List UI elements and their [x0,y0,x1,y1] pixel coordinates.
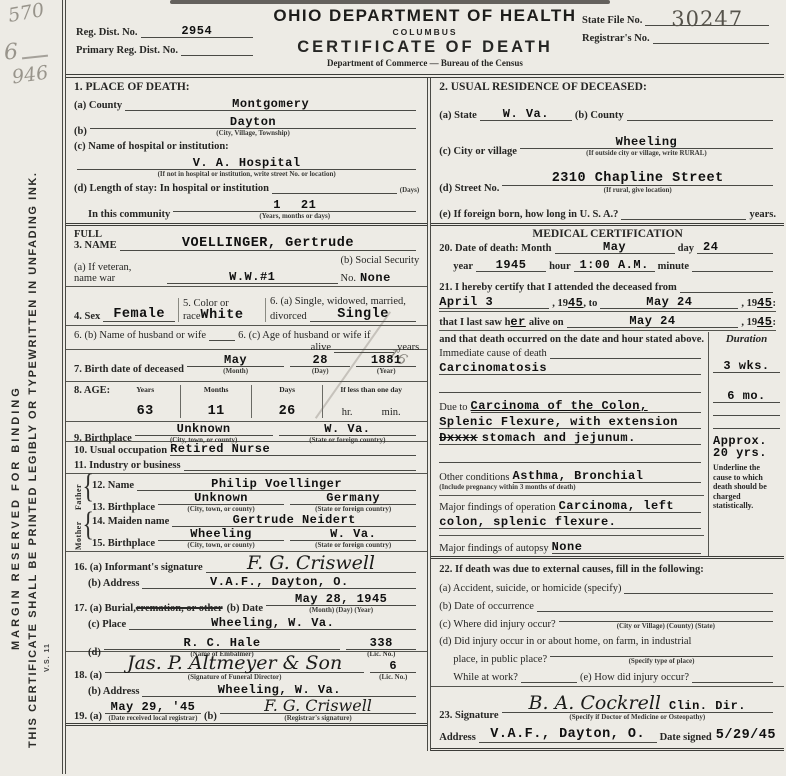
city-field: Dayton (City, Village, Township) [90,115,416,137]
due-to-field-1: Carcinoma of the Colon, [471,399,701,413]
colon-1: : [773,298,777,309]
birthplace-city-field: Unknown (City, town, or county) [135,422,273,444]
residence-heading: 2. USUAL RESIDENCE OF DECEASED: [439,81,776,93]
primary-reg-label: Primary Reg. Dist. No. [76,45,178,56]
while-at-work-label: While at work? [453,672,518,683]
attended-from-field: April 3 [439,295,549,309]
father-brace: { [82,472,93,502]
funeral-address-value: Wheeling, W. Va. [218,683,341,697]
birth-year-value: 1881 [371,353,402,367]
birth-day-value: 28 [313,353,328,367]
external-heading: 22. If death was due to external causes,… [439,564,776,575]
death-certificate-page: MARGIN RESERVED FOR BINDING THIS CERTIFI… [0,0,786,776]
reg-dist-value: 2954 [181,24,212,38]
ssn-no-label: No. [341,273,356,284]
birthplace-state-field: W. Va. (State or foreign country) [279,422,417,444]
burial-place-field: Wheeling, W. Va. [129,616,416,630]
mother-name-field: Gertrude Neidert [172,513,416,527]
physician-signature-field: B. A. Cockrell Clin. Dir. (Specify if Do… [502,695,773,721]
burial-date-value: May 28, 1945 [295,592,387,606]
colon-2: : [773,317,777,328]
county-field: Montgomery [125,97,416,111]
registrar-date-label: 19. (a) [74,711,102,722]
certify-label: 21. I hereby certify that I attended the… [439,282,677,293]
due-to-field-3: Dxxxx stomach and jejunum. [439,431,701,445]
external-d-label-2: place, in public place? [453,654,547,665]
burial-date-sublabel: (Month) (Day) (Year) [266,606,416,614]
age-years-cell: Years 63 [110,385,180,418]
registrar-date-field: May 29, '45 (Date received local registr… [105,700,201,722]
external-c-sublabel: (City or Village) (County) (State) [559,622,773,630]
mother-birthplace-state-field: W. Va. (State or foreign country) [290,527,416,549]
race-cell: 5. Color or raceWhite [178,298,266,323]
hospital-value: V. A. Hospital [193,156,301,170]
residence-county-field [627,109,773,121]
burial-struck-options: cremation, or other [136,603,223,614]
age-days-cell: Days 26 [251,385,322,418]
funeral-license-sublabel: (Lic. No.) [370,673,416,681]
alive-field [334,341,394,353]
death-minute-label: minute [658,261,690,272]
how-injury-label: (e) How did injury occur? [580,672,689,683]
margin-binding-text: MARGIN RESERVED FOR BINDING [10,385,22,650]
death-day-label: day [678,243,694,254]
full-label: FULL [74,229,117,240]
birth-month-sublabel: (Month) [187,367,284,375]
race-value: White [200,309,243,323]
age-days-header: Days [256,385,318,394]
operation-findings-label: Major findings of operation [439,502,555,513]
age-months-value: 11 [185,405,247,419]
death-hour-value: 1:00 A.M. [579,258,648,272]
registrar-sig-label: (b) [204,711,217,722]
spouse-age-label: 6. (c) Age of husband or wife if [238,330,370,341]
physician-address-label: Address [439,732,476,743]
duration-immediate-value: 3 wks. [723,359,769,373]
to-year-value: 45 [757,297,772,309]
burial-place-value: Wheeling, W. Va. [211,616,334,630]
age-less-header: If less than one day [327,385,415,394]
physician-address-value: V.A.F., Dayton, O. [490,727,645,742]
length-of-stay-label: (d) Length of stay: In hospital or insti… [74,183,269,194]
death-year-value: 1945 [496,258,527,272]
informant-address-value: V.A.F., Dayton, O. [210,575,349,589]
other-conditions-value: Asthma, Bronchial [513,469,644,483]
attended-to-field: May 24 [600,295,738,309]
mother-birthplace-city-field: Wheeling (City, town, or county) [158,527,284,549]
birth-date-label: 7. Birth date of deceased [74,364,184,375]
name-field: VOELLINGER, Gertrude [120,236,417,252]
certify-blank [680,281,773,293]
burial-date-field: May 28, 1945 (Month) (Day) (Year) [266,592,416,614]
marital-field: Single [310,307,416,323]
veteran-label-2: name war [74,273,164,284]
duration-other-value-2: 20 yrs. [713,447,780,459]
registrar-date-value: May 29, '45 [111,700,196,714]
residence-state-field: W. Va. [480,107,572,121]
mother-name-label: 14. Maiden name [92,516,169,527]
residence-street-field: 2310 Chapline Street (If rural, give loc… [502,171,773,195]
section-birthplace: 9. Birthplace Unknown (City, town, or co… [66,422,427,442]
death-hour-field: 1:00 A.M. [574,258,655,272]
race-label-1: 5. Color or [183,298,261,309]
external-c-field: (City or Village) (County) (State) [559,621,773,630]
father-name-value: Philip Voellinger [211,477,342,491]
father-birthplace-city: Unknown [194,491,248,505]
race-label-2: race [183,311,200,322]
due-to-value-1: Carcinoma of the Colon, [471,399,648,413]
form-header: OHIO DEPARTMENT OF HEALTH COLUMBUS CERTI… [66,0,784,78]
funeral-director-sublabel: (Signature of Funeral Director) [105,673,364,681]
name-label: 3. NAME [74,240,117,251]
state-file-label: State File No. [582,15,642,26]
medical-certification-heading: MEDICAL CERTIFICATION [431,226,784,240]
residence-state-label: (a) State [439,110,477,121]
county-value: Montgomery [232,97,309,111]
funeral-license-value: 6 [389,659,397,673]
hospital-label: (c) Name of hospital or institution: [74,141,419,152]
operation-findings-field-1: Carcinoma, left [559,499,701,513]
registrar-no-field [653,32,769,44]
residence-city-value: Wheeling [616,135,678,149]
death-year-label: year [453,261,473,272]
attended-from-value: April 3 [439,295,493,309]
community-days: 21 [301,198,316,212]
residence-street-sublabel: (If rural, give location) [502,186,773,194]
age-days-value: 26 [256,405,318,419]
autopsy-findings-label: Major findings of autopsy [439,543,548,554]
birth-year-sublabel: (Year) [356,367,416,375]
physician-signature-sublabel: (Specify if Doctor of Medicine or Osteop… [502,713,773,721]
registrar-sig-sublabel: (Registrar's signature) [220,714,416,722]
birthplace-label: 9. Birthplace [74,433,132,444]
informant-address-label: (b) Address [88,578,139,589]
due-to-struck-word: Dxxxx [439,431,478,445]
funeral-address-label: (b) Address [88,686,139,697]
reg-dist-label: Reg. Dist. No. [76,27,138,38]
underline-note: Underline the cause to which death shoul… [713,463,780,511]
year-prefix-2: , 19 [741,298,757,309]
ssn-value: None [360,272,391,284]
veteran-war-field: W.W.#1 [167,270,338,284]
father-birthplace-country-sub: (State or foreign country) [290,505,416,513]
section-registrar: 19. (a) May 29, '45 (Date received local… [66,696,427,726]
duration-due-value: 6 mo. [727,389,766,403]
city-sublabel: (City, Village, Township) [90,129,416,137]
length-of-stay-field [272,182,397,194]
burial-label: 17. (a) Burial, [74,603,136,614]
section-date-of-death: 20. Date of death: Month May day 24 year… [431,240,784,280]
section-burial: 17. (a) Burial, cremation, or other (b) … [66,589,427,652]
hospital-sublabel: (If not in hospital or institution, writ… [77,170,416,178]
right-column: 2. USUAL RESIDENCE OF DECEASED: (a) Stat… [431,78,784,751]
industry-field [184,459,417,471]
mother-birthplace-label: 15. Birthplace [92,538,155,549]
immediate-cause-field: Carcinomatosis [439,361,701,375]
place-heading: 1. PLACE OF DEATH: [74,81,419,93]
sex-field: Female [103,307,175,323]
mother-birthplace-state-sub: (State or foreign country) [290,541,416,549]
alive-label: alive [311,342,331,353]
due-to-value-2: Splenic Flexure, with extension [439,415,678,429]
due-to-field-2: Splenic Flexure, with extension [439,415,701,429]
physician-signature: B. A. Cockrell [529,692,661,714]
duration-immediate-field: 3 wks. [713,359,780,373]
mother-name-value: Gertrude Neidert [233,513,356,527]
how-injury-field [692,671,773,683]
section-industry: 11. Industry or business [66,459,427,474]
foreign-born-label: (e) If foreign born, how long in U. S. A… [439,209,618,220]
left-column: 1. PLACE OF DEATH: (a) County Montgomery… [66,78,431,751]
marital-value: Single [337,307,389,322]
residence-state-value: W. Va. [503,107,549,121]
veteran-war-value: W.W.#1 [229,270,275,284]
attended-to-value: May 24 [646,295,692,309]
county-label: (a) County [74,100,122,111]
birthplace-city-value: Unknown [177,422,231,436]
duration-due-field: 6 mo. [713,389,780,403]
city-line-label: (b) [74,126,87,137]
registrar-signature-field: F. G. Criswell (Registrar's signature) [220,699,416,722]
last-saw-field: May 24 [567,314,739,328]
external-a-field [624,582,773,594]
mother-birthplace-city-sub: (City, town, or county) [158,541,284,549]
ssn-label: (b) Social Security [341,255,420,266]
certificate-form: OHIO DEPARTMENT OF HEALTH COLUMBUS CERTI… [62,0,784,774]
embalmer-license-value: 338 [370,636,393,650]
section-age: 8. AGE: Years 63 Months 11 Days 26 If l [66,382,427,422]
physician-signature-label: 23. Signature [439,710,498,721]
residence-city-field: Wheeling (If outside city or village, wr… [520,135,773,157]
cause-blank-line-1 [439,381,701,393]
informant-signature-field: F. G. Criswell [206,555,417,573]
community-sublabel: (Years, months or days) [173,212,416,220]
age-years-header: Years [114,385,176,394]
marital-label-1: 6. (a) Single, widowed, married, [270,296,419,307]
father-birthplace-country-field: Germany (State or foreign country) [290,491,416,513]
embalmer-label: (d) [88,647,101,658]
section-causes: and that death occurred on the date and … [431,332,784,559]
external-d-field: (Specify type of place) [550,656,773,665]
reg-dist-field: 2954 [141,24,253,38]
section-residence: 2. USUAL RESIDENCE OF DECEASED: (a) Stat… [431,78,784,226]
autopsy-findings-field: None [552,540,701,554]
community-label: In this community [88,209,170,220]
section-place-of-death: 1. PLACE OF DEATH: (a) County Montgomery… [66,78,427,226]
causes-main: and that death occurred on the date and … [431,332,708,556]
mother-birthplace-city: Wheeling [190,527,252,541]
death-hour-label: hour [549,261,571,272]
death-day-value: 24 [703,240,718,254]
pencil-note-1: 570 [6,0,46,27]
death-day-field: 24 [697,240,773,254]
occupation-value: Retired Nurse [170,442,270,456]
duration-blank-1 [713,405,780,416]
birth-month-value: May [224,353,247,367]
immediate-cause-blank [550,347,701,359]
section-parents: Father Mother { { 12. Name Philip Voelli… [66,474,427,552]
occupation-label: 10. Usual occupation [74,445,167,456]
section-external-causes: 22. If death was due to external causes,… [431,559,784,687]
due-to-value-3: stomach and jejunum. [482,431,636,445]
to-label: , to [583,298,597,309]
section-name: FULL 3. NAME VOELLINGER, Gertrude (a) If… [66,226,427,287]
section-funeral-director: 18. (a) Jas. P. Altmeyer & Son (Signatur… [66,652,427,696]
birth-year-field: 1881 (Year) [356,353,416,375]
cause-blank-line-2 [439,451,701,463]
funeral-director-field: Jas. P. Altmeyer & Son (Signature of Fun… [105,655,364,681]
occupation-field: Retired Nurse [170,442,416,456]
funeral-address-field: Wheeling, W. Va. [142,683,416,697]
mother-birthplace-state: W. Va. [330,527,376,541]
mother-brace: { [82,510,93,540]
spouse-name-field [209,329,235,341]
father-birthplace-label: 13. Birthplace [92,502,155,513]
immediate-cause-label: Immediate cause of death [439,348,547,359]
age-years-value: 63 [114,405,176,419]
section-spouse: 6. (b) Name of husband or wife 6. (c) Ag… [66,326,427,350]
alive-on-label: alive on [529,317,564,328]
registrar-no-label: Registrar's No. [582,33,650,44]
state-file-field: 30247 [645,8,769,26]
date-signed-value: 5/29/45 [716,729,776,743]
from-year-value: 45 [568,297,583,309]
pencil-dash [22,55,48,60]
age-hr-label: hr. [342,407,353,418]
autopsy-findings-value: None [552,540,583,554]
foreign-born-field [621,208,746,220]
section-informant: 16. (a) Informant's signature F. G. Cris… [66,552,427,589]
age-months-cell: Months 11 [180,385,251,418]
residence-street-value: 2310 Chapline Street [552,171,724,186]
birthplace-state-value: W. Va. [324,422,370,436]
residence-city-sublabel: (If outside city or village, write RURAL… [520,149,773,157]
residence-street-label: (d) Street No. [439,183,499,194]
file-number-block: State File No. 30247 Registrar's No. [582,8,772,50]
city-value: Dayton [230,115,276,129]
age-hours-cell: If less than one day hr. min. [322,385,419,418]
section-physician-signature: 23. Signature B. A. Cockrell Clin. Dir. … [431,687,784,751]
burial-date-label: (b) Date [227,603,263,614]
sex-label: 4. Sex [74,311,100,322]
other-conditions-label: Other conditions [439,472,509,483]
section-occupation: 10. Usual occupation Retired Nurse [66,442,427,459]
age-months-header: Months [185,385,247,394]
registration-district-block: Reg. Dist. No. 2954 Primary Reg. Dist. N… [76,24,256,62]
form-number-text: V.S. 11 [44,643,51,672]
veteran-label-1: (a) If veteran, [74,262,164,273]
days-sublabel: (Days) [400,186,419,194]
section-birth-date: 7. Birth date of deceased May (Month) 28… [66,350,427,382]
father-birthplace-city-field: Unknown (City, town, or county) [158,491,284,513]
external-a-label: (a) Accident, suicide, or homicide (spec… [439,583,621,594]
residence-county-label: (b) County [575,110,624,121]
hospital-field: V. A. Hospital (If not in hospital or in… [77,156,416,178]
father-name-label: 12. Name [92,480,134,491]
funeral-license-field: 6 (Lic. No.) [370,659,416,681]
saw-year-value: 45 [757,316,772,328]
marital-label-2: divorced [270,311,307,322]
duration-blank-2 [713,418,780,429]
physician-address-field: V.A.F., Dayton, O. [479,727,657,743]
death-month-value: May [603,240,626,254]
year-prefix-1: , 19 [552,298,568,309]
external-b-label: (b) Date of occurrence [439,601,534,612]
duration-header: Duration [713,333,780,345]
immediate-cause-value: Carcinomatosis [439,361,547,375]
registrar-date-sublabel: (Date received local registrar) [105,714,201,722]
informant-address-field: V.A.F., Dayton, O. [142,575,416,589]
foreign-born-years-label: years. [749,209,776,220]
external-d-label-1: (d) Did injury occur in or about home, o… [439,636,776,647]
birth-day-field: 28 (Day) [290,353,350,375]
while-at-work-field [521,671,577,683]
margin-legibly-text: THIS CERTIFICATE SHALL BE PRINTED LEGIBL… [27,171,39,748]
sex-value: Female [113,307,165,322]
date-signed-label: Date signed [660,732,712,743]
age-min-label: min. [382,407,401,418]
operation-findings-value-1: Carcinoma, left [559,499,675,513]
death-minute-field [692,260,773,272]
external-b-field [537,600,773,612]
residence-city-label: (c) City or village [439,146,517,157]
due-to-label: Due to [439,402,467,413]
other-conditions-field: Asthma, Bronchial [513,469,701,483]
last-saw-label: that I last saw h [439,317,510,328]
informant-signature: F. G. Criswell [247,552,375,574]
community-years: 1 [273,198,281,212]
informant-signature-label: 16. (a) Informant's signature [74,562,203,573]
year-prefix-3: , 19 [741,317,757,328]
primary-reg-field [181,44,253,56]
external-d-sublabel: (Specify type of place) [550,657,773,665]
duration-column: Duration 3 wks. 6 mo. Approx. 20 yrs. Un… [708,332,784,556]
state-file-value: 30247 [671,7,743,31]
embalmer-name-value: R. C. Hale [184,636,261,650]
section-attending: 21. I hereby certify that I attended the… [431,280,784,332]
father-birthplace-country: Germany [326,491,380,505]
deceased-name-value: VOELLINGER, Gertrude [182,236,354,251]
father-birthplace-city-sub: (City, town, or county) [158,505,284,513]
last-saw-value: May 24 [629,314,675,328]
birth-day-sublabel: (Day) [290,367,350,375]
physician-title-value: Clin. Dir. [669,699,746,713]
other-conditions-sublabel: (Include pregnancy within 3 months of de… [439,483,704,491]
funeral-director-label: 18. (a) [74,670,102,681]
section-sex-race-marital: 4. Sex Female 5. Color or raceWhite 6. (… [66,287,427,326]
pencil-note-3: 946 [11,62,50,89]
registrar-signature: F. G. Criswell [264,696,372,715]
operation-findings-value-2: colon, splenic flexure. [439,515,616,529]
death-month-field: May [555,240,675,254]
external-c-label: (c) Where did injury occur? [439,619,555,630]
her-value: er [510,316,525,328]
community-field: 1 21 (Years, months or days) [173,198,416,220]
spouse-name-label: 6. (b) Name of husband or wife [74,330,206,341]
stated-above-label: and that death occurred on the date and … [439,334,704,345]
death-date-label: 20. Date of death: Month [439,243,551,254]
father-name-field: Philip Voellinger [137,477,416,491]
funeral-director-signature: Jas. P. Altmeyer & Son [127,652,342,674]
age-heading: 8. AGE: [74,385,110,396]
operation-findings-field-2: colon, splenic flexure. [439,515,701,529]
birth-month-field: May (Month) [187,353,284,375]
burial-place-label: (c) Place [88,619,126,630]
death-year-field: 1945 [476,258,546,272]
pencil-note-2: 6 [3,40,19,66]
alive-years-label: years [397,342,419,353]
